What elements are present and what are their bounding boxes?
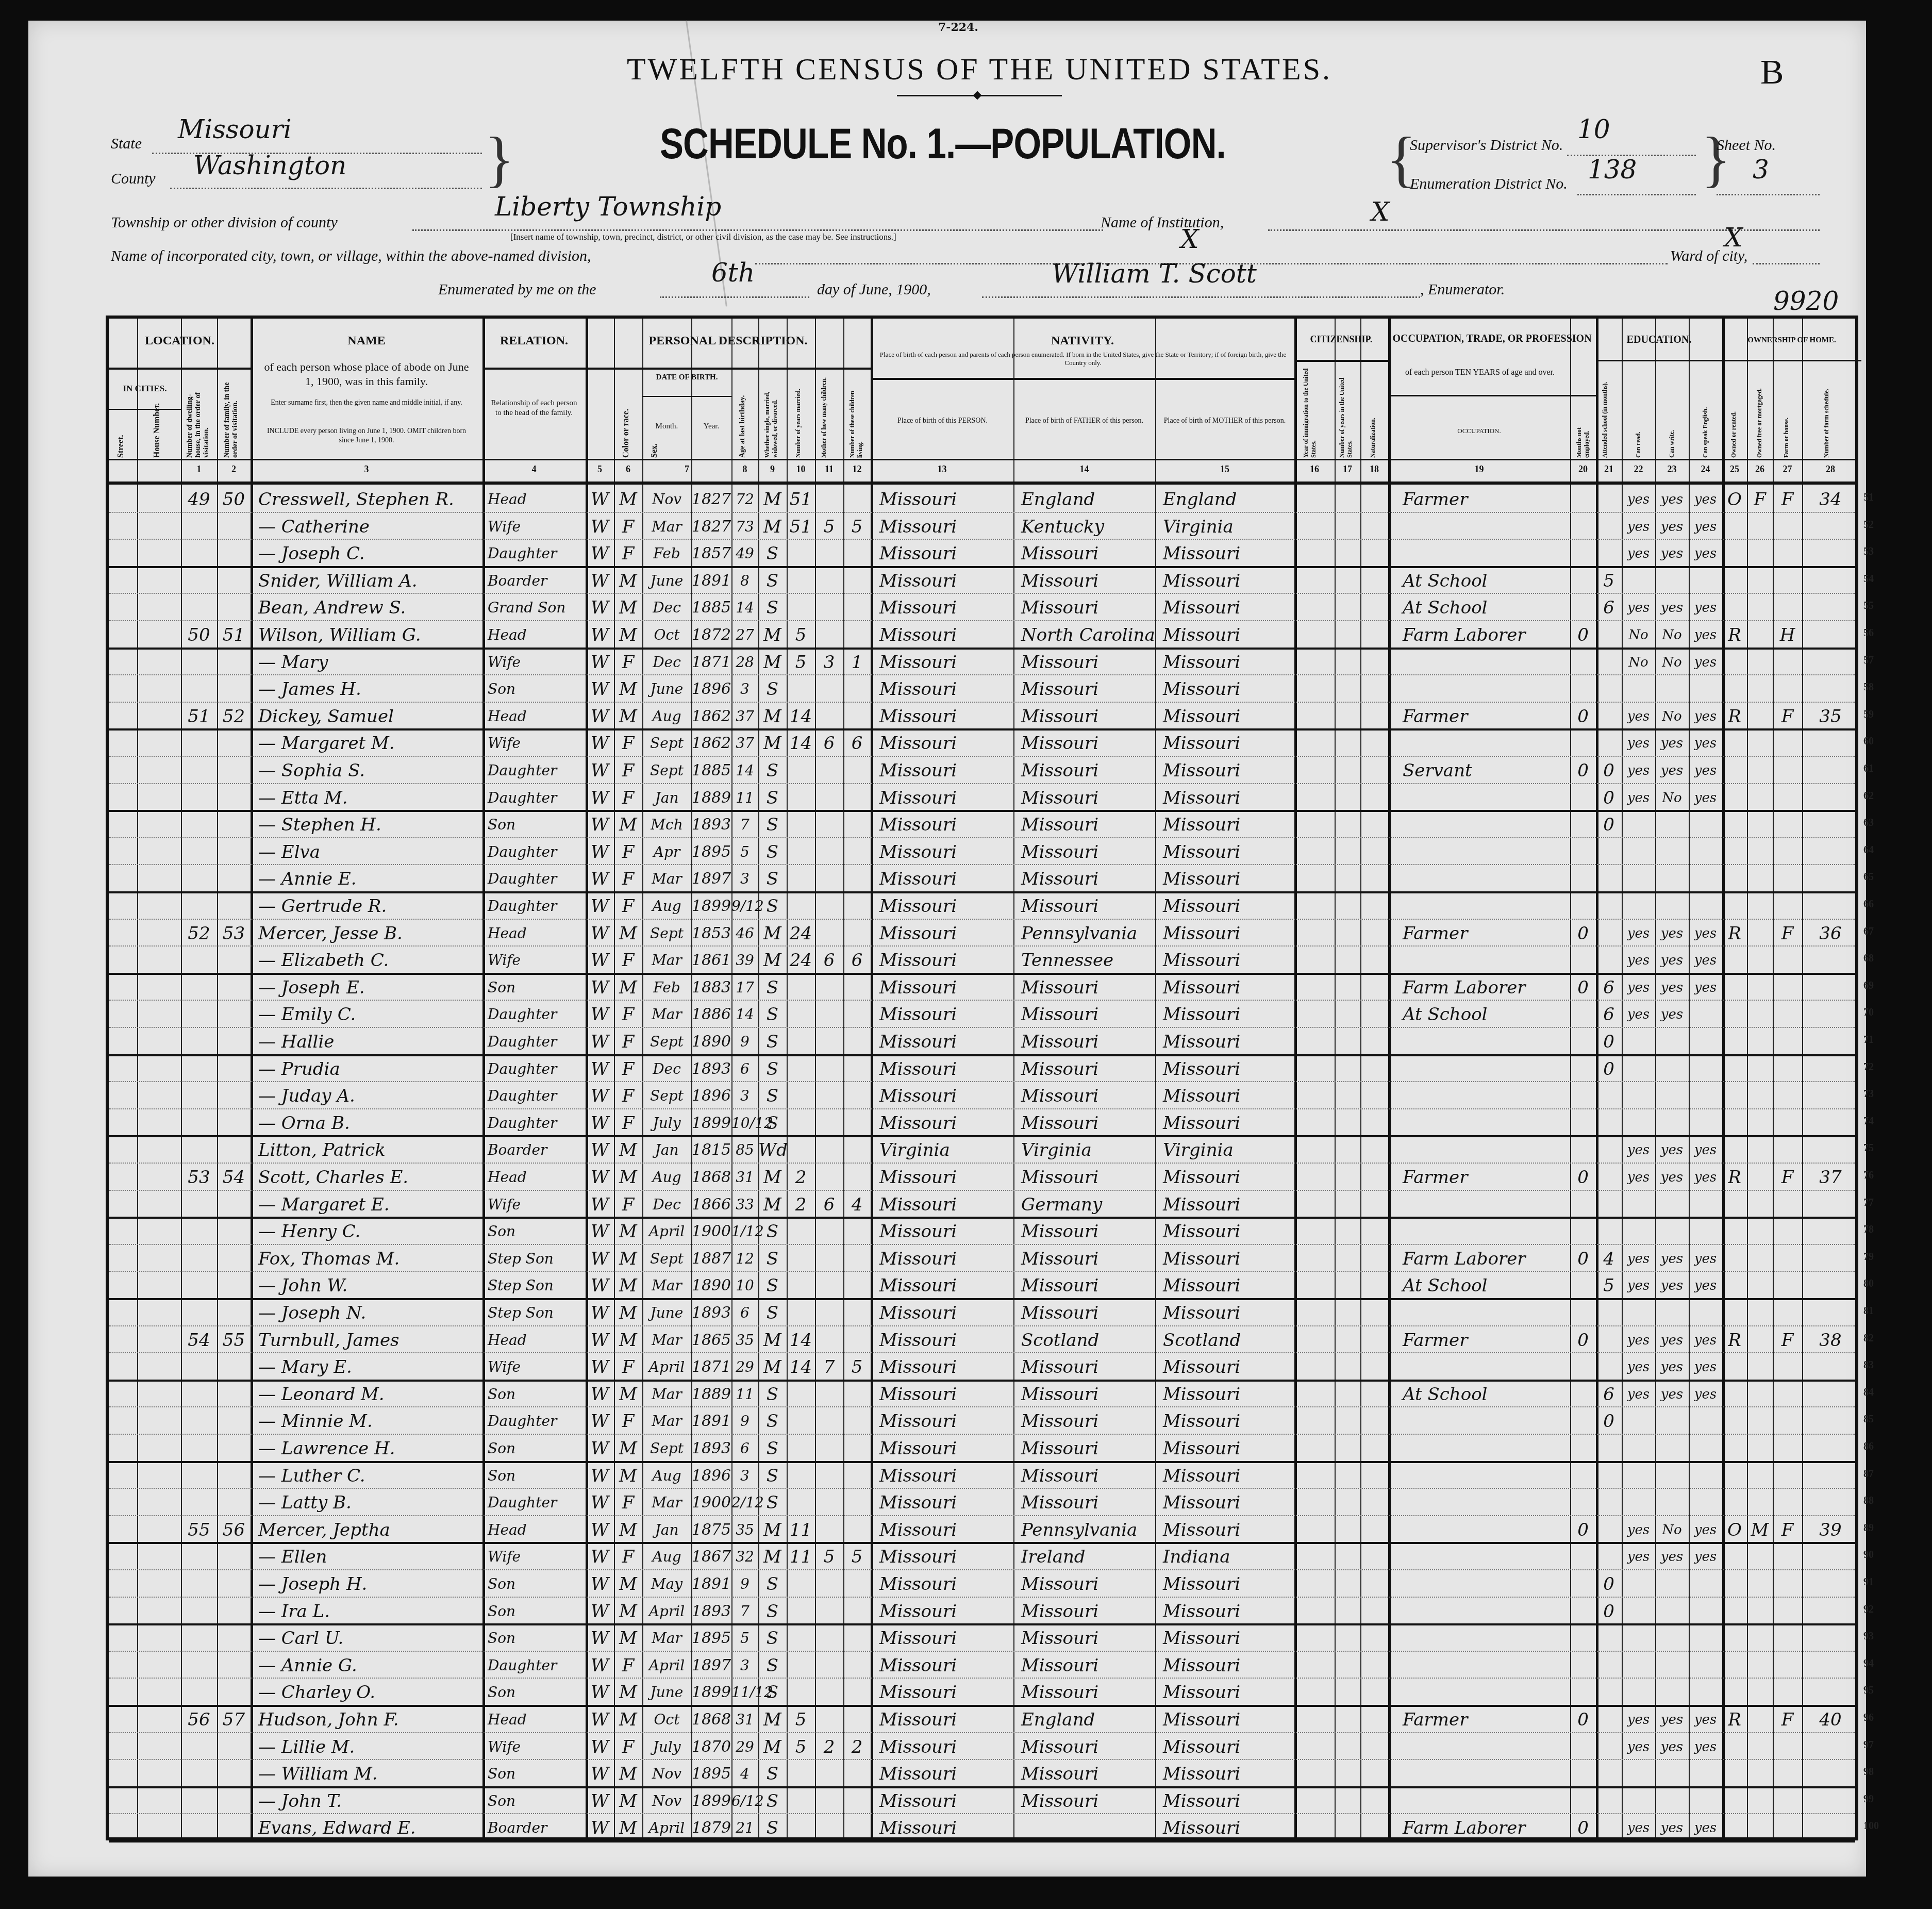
birth-year: 1868 (691, 1163, 731, 1189)
dwelling-number (181, 756, 217, 783)
birth-month: Mar (642, 945, 691, 972)
line-number: 65 (1863, 871, 1894, 883)
birthplace-person: Missouri (879, 1352, 1013, 1379)
birthplace-person: Missouri (879, 919, 1013, 945)
occupation (1403, 1786, 1568, 1813)
months-unemployed (1570, 1488, 1596, 1515)
age: 3 (731, 1081, 758, 1108)
dwelling-number (181, 1651, 217, 1678)
farm-house (1773, 1651, 1802, 1678)
header-months-unemployed: Months not employed. (1575, 401, 1593, 458)
children-living (843, 1271, 871, 1298)
birthplace-father: Missouri (1021, 1597, 1155, 1623)
farm-schedule-number: 39 (1802, 1515, 1859, 1542)
person-name: — James H. (258, 674, 480, 701)
mother-of-children (815, 1271, 843, 1298)
marital-status: S (758, 1434, 787, 1460)
can-speak-english: yes (1689, 1352, 1722, 1379)
colnum-2: 2 (217, 464, 251, 475)
color: W (586, 702, 614, 728)
farm-house (1773, 1108, 1802, 1135)
children-living (843, 1081, 871, 1108)
free-mortgaged (1747, 620, 1773, 647)
occupation: Farmer (1403, 1325, 1568, 1352)
birthplace-father: Pennsylvania (1021, 919, 1155, 945)
marital-status: S (758, 756, 787, 783)
farm-house (1773, 810, 1802, 837)
family-number (217, 756, 251, 783)
header-year: Year. (691, 422, 731, 431)
can-write (1655, 1597, 1689, 1623)
marital-status: S (758, 1027, 787, 1054)
header-sex: Sex. (650, 427, 659, 458)
months-school (1596, 485, 1622, 511)
can-read: yes (1622, 593, 1655, 620)
free-mortgaged (1747, 1190, 1773, 1217)
relation: Son (488, 1569, 583, 1596)
children-living (843, 810, 871, 837)
state-label: State (111, 135, 142, 153)
birth-month: Dec (642, 1054, 691, 1081)
dwelling-number: 56 (181, 1705, 217, 1732)
can-read: yes (1622, 1352, 1655, 1379)
relation: Head (488, 1515, 583, 1542)
can-write: yes (1655, 1163, 1689, 1189)
free-mortgaged (1747, 783, 1773, 810)
months-unemployed (1570, 1678, 1596, 1704)
months-unemployed (1570, 1190, 1596, 1217)
colnum-15: 15 (1155, 464, 1294, 475)
birthplace-mother: Missouri (1163, 674, 1294, 701)
birthplace-father: Missouri (1021, 810, 1155, 837)
can-speak-english (1689, 1678, 1722, 1704)
birth-year: 1897 (691, 864, 731, 891)
colnum-9: 9 (758, 464, 787, 475)
sex: F (614, 1488, 642, 1515)
children-living (843, 1135, 871, 1162)
occupation: Farmer (1403, 485, 1568, 511)
birth-year: 1896 (691, 1081, 731, 1108)
table-row: — William M. Son W M Nov 1895 4 S Missou… (109, 1759, 1855, 1788)
line-number: 53 (1863, 546, 1894, 558)
relation: Daughter (488, 756, 583, 783)
free-mortgaged (1747, 1461, 1773, 1488)
children-living: 5 (843, 1352, 871, 1379)
can-speak-english (1689, 1651, 1722, 1678)
free-mortgaged (1747, 1786, 1773, 1813)
can-speak-english (1689, 674, 1722, 701)
corner-stamp-number: 9920 (1773, 286, 1839, 316)
relation: Daughter (488, 1108, 583, 1135)
can-speak-english: yes (1689, 485, 1722, 511)
table-row: — Margaret E. Wife W F Dec 1866 33 M 2 6… (109, 1190, 1855, 1219)
occupation: Farm Laborer (1403, 620, 1568, 647)
line-number: 87 (1863, 1468, 1894, 1480)
header-free-mortgaged: Owned free or mortgaged. (1756, 368, 1763, 458)
free-mortgaged (1747, 702, 1773, 728)
can-write: yes (1655, 919, 1689, 945)
person-name: Hudson, John F. (258, 1705, 480, 1732)
mother-of-children (815, 1651, 843, 1678)
birthplace-mother: Missouri (1163, 783, 1294, 810)
can-speak-english: yes (1689, 648, 1722, 674)
birthplace-father: Missouri (1021, 1380, 1155, 1406)
line-number: 85 (1863, 1414, 1894, 1425)
owned-rented: R (1722, 1705, 1747, 1732)
table-row: — Lawrence H. Son W M Sept 1893 6 S Miss… (109, 1434, 1855, 1463)
birthplace-mother: Missouri (1163, 1786, 1294, 1813)
children-living: 5 (843, 512, 871, 539)
table-row: — Minnie M. Daughter W F Mar 1891 9 S Mi… (109, 1406, 1855, 1435)
can-write (1655, 1786, 1689, 1813)
owned-rented (1722, 945, 1747, 972)
months-unemployed (1570, 1542, 1596, 1569)
dwelling-number (181, 1027, 217, 1054)
can-write (1655, 1217, 1689, 1243)
can-read (1622, 1488, 1655, 1515)
form-number: 7-224. (938, 21, 978, 34)
can-write (1655, 1569, 1689, 1596)
line-number: 62 (1863, 790, 1894, 802)
colnum-13: 13 (871, 464, 1013, 475)
owned-rented (1722, 593, 1747, 620)
children-living (843, 837, 871, 864)
dwelling-number (181, 728, 217, 755)
children-living (843, 1651, 871, 1678)
months-unemployed (1570, 864, 1596, 891)
birthplace-mother: Missouri (1163, 837, 1294, 864)
years-married (787, 1461, 815, 1488)
birthplace-father: Scotland (1021, 1325, 1155, 1352)
years-married: 14 (787, 702, 815, 728)
birthplace-mother: Missouri (1163, 1271, 1294, 1298)
person-name: — Orna B. (258, 1108, 480, 1135)
children-living (843, 919, 871, 945)
birth-month: April (642, 1217, 691, 1243)
age: 6 (731, 1298, 758, 1325)
sex: M (614, 1678, 642, 1704)
months-unemployed (1570, 1461, 1596, 1488)
person-name: — Hallie (258, 1027, 480, 1054)
marital-status: S (758, 1217, 787, 1243)
marital-status: S (758, 783, 787, 810)
birthplace-mother: Missouri (1163, 1705, 1294, 1732)
occupation (1403, 1406, 1568, 1433)
farm-house: F (1773, 1325, 1802, 1352)
occupation (1403, 1081, 1568, 1108)
township-label: Township or other division of county (111, 214, 338, 231)
person-name: — Margaret M. (258, 728, 480, 755)
family-number (217, 1190, 251, 1217)
birthplace-person: Missouri (879, 620, 1013, 647)
person-name: Mercer, Jeptha (258, 1515, 480, 1542)
line-number: 93 (1863, 1631, 1894, 1642)
farm-schedule-number (1802, 539, 1859, 566)
sex: M (614, 1325, 642, 1352)
mother-of-children: 6 (815, 945, 843, 972)
dwelling-number: 51 (181, 702, 217, 728)
occupation (1403, 1678, 1568, 1704)
mother-of-children (815, 891, 843, 918)
birth-month: Dec (642, 1190, 691, 1217)
farm-house (1773, 1786, 1802, 1813)
months-school: 6 (1596, 1380, 1622, 1406)
birth-month: Mar (642, 1406, 691, 1433)
line-number: 68 (1863, 953, 1894, 965)
header-can-write: Can write. (1668, 406, 1676, 458)
birthplace-mother: Missouri (1163, 702, 1294, 728)
sex: M (614, 702, 642, 728)
brace-close-icon: } (1701, 124, 1731, 195)
birthplace-mother: England (1163, 485, 1294, 511)
can-write: yes (1655, 1271, 1689, 1298)
birthplace-father: Missouri (1021, 566, 1155, 593)
age: 3 (731, 674, 758, 701)
person-name: Evans, Edward E. (258, 1813, 480, 1840)
person-name: — Joseph C. (258, 539, 480, 566)
relation: Son (488, 973, 583, 1000)
family-number: 52 (217, 702, 251, 728)
can-write (1655, 891, 1689, 918)
family-number (217, 837, 251, 864)
free-mortgaged (1747, 1759, 1773, 1786)
months-unemployed (1570, 728, 1596, 755)
can-write (1655, 1678, 1689, 1704)
years-married: 5 (787, 1705, 815, 1732)
header-marital: Whether single, married, widowed, or div… (763, 375, 784, 458)
family-number (217, 1217, 251, 1243)
sex: M (614, 593, 642, 620)
colnum-19: 19 (1388, 464, 1570, 475)
years-married (787, 593, 815, 620)
color: W (586, 945, 614, 972)
birthplace-person: Missouri (879, 1298, 1013, 1325)
owned-rented (1722, 837, 1747, 864)
relation: Daughter (488, 539, 583, 566)
birth-year: 1899 (691, 1786, 731, 1813)
farm-schedule-number (1802, 1217, 1859, 1243)
birthplace-person: Missouri (879, 702, 1013, 728)
person-name: — Etta M. (258, 783, 480, 810)
owned-rented: R (1722, 1325, 1747, 1352)
birthplace-person: Missouri (879, 648, 1013, 674)
months-school (1596, 1705, 1622, 1732)
color: W (586, 783, 614, 810)
header-street: Street. (116, 414, 126, 458)
months-unemployed (1570, 485, 1596, 511)
birthplace-person: Missouri (879, 837, 1013, 864)
farm-schedule-number: 35 (1802, 702, 1859, 728)
family-number (217, 512, 251, 539)
birth-month: June (642, 566, 691, 593)
family-number: 56 (217, 1515, 251, 1542)
can-speak-english (1689, 1569, 1722, 1596)
sheet-dotted-line (1717, 194, 1820, 195)
mother-of-children (815, 919, 843, 945)
person-name: Fox, Thomas M. (258, 1244, 480, 1271)
can-write: yes (1655, 539, 1689, 566)
farm-house: F (1773, 1705, 1802, 1732)
birthplace-mother: Missouri (1163, 620, 1294, 647)
birthplace-person: Missouri (879, 1190, 1013, 1217)
farm-house (1773, 1352, 1802, 1379)
dwelling-number (181, 1597, 217, 1623)
birthplace-mother: Missouri (1163, 1244, 1294, 1271)
line-number: 58 (1863, 682, 1894, 693)
months-school: 0 (1596, 1054, 1622, 1081)
person-name: — Emily C. (258, 1000, 480, 1026)
birthplace-mother: Missouri (1163, 1081, 1294, 1108)
family-number (217, 1298, 251, 1325)
can-read (1622, 1678, 1655, 1704)
header-years-in-us: Number of years in the United States. (1338, 368, 1359, 458)
county-label: County (111, 170, 156, 188)
free-mortgaged (1747, 864, 1773, 891)
can-write: yes (1655, 1000, 1689, 1026)
farm-house (1773, 945, 1802, 972)
line-number: 66 (1863, 899, 1894, 910)
person-name: Wilson, William G. (258, 620, 480, 647)
color: W (586, 1000, 614, 1026)
birthplace-mother: Missouri (1163, 1434, 1294, 1460)
marital-status: M (758, 648, 787, 674)
family-number (217, 593, 251, 620)
age: 4 (731, 1759, 758, 1786)
owned-rented (1722, 1759, 1747, 1786)
months-unemployed (1570, 1623, 1596, 1650)
farm-schedule-number (1802, 1759, 1859, 1786)
birthplace-father: Missouri (1021, 1027, 1155, 1054)
marital-status: M (758, 1705, 787, 1732)
sex: F (614, 756, 642, 783)
mother-of-children (815, 1108, 843, 1135)
months-school: 6 (1596, 593, 1622, 620)
header-farm-house: Farm or house. (1783, 396, 1790, 458)
sex: F (614, 1108, 642, 1135)
sex: M (614, 1163, 642, 1189)
family-number (217, 1488, 251, 1515)
months-unemployed (1570, 648, 1596, 674)
birth-month: Aug (642, 1461, 691, 1488)
table-row: — Joseph H. Son W M May 1891 9 S Missour… (109, 1569, 1855, 1598)
marital-status: S (758, 1786, 787, 1813)
marital-status: S (758, 674, 787, 701)
colnum-22: 22 (1622, 464, 1655, 475)
months-unemployed (1570, 1732, 1596, 1759)
age: 46 (731, 919, 758, 945)
can-speak-english: yes (1689, 973, 1722, 1000)
birth-year: 1899 (691, 1108, 731, 1135)
children-living: 2 (843, 1732, 871, 1759)
months-unemployed (1570, 1000, 1596, 1026)
owned-rented (1722, 1054, 1747, 1081)
person-name: — William M. (258, 1759, 480, 1786)
person-name: — Lillie M. (258, 1732, 480, 1759)
birthplace-mother: Missouri (1163, 864, 1294, 891)
dwelling-number: 55 (181, 1515, 217, 1542)
free-mortgaged (1747, 1352, 1773, 1379)
birth-year: 1893 (691, 1597, 731, 1623)
birth-month: Oct (642, 1705, 691, 1732)
color: W (586, 1542, 614, 1569)
table-row: — Leonard M. Son W M Mar 1889 11 S Misso… (109, 1380, 1855, 1408)
table-row: — Luther C. Son W M Aug 1896 3 S Missour… (109, 1461, 1855, 1489)
months-school (1596, 1813, 1622, 1840)
can-write (1655, 810, 1689, 837)
birth-year: 1885 (691, 593, 731, 620)
farm-schedule-number (1802, 1027, 1859, 1054)
mother-of-children (815, 810, 843, 837)
ward-value: X (1724, 223, 1743, 253)
line-number: 54 (1863, 573, 1894, 585)
can-speak-english (1689, 1081, 1722, 1108)
dwelling-number (181, 512, 217, 539)
colnum-25: 25 (1722, 464, 1747, 475)
line-number: 98 (1863, 1766, 1894, 1778)
line-number: 96 (1863, 1712, 1894, 1724)
line-number: 69 (1863, 980, 1894, 992)
family-number (217, 1786, 251, 1813)
occupation (1403, 1190, 1568, 1217)
relation: Daughter (488, 1406, 583, 1433)
colnum-1: 1 (181, 464, 217, 475)
sex: M (614, 674, 642, 701)
occupation (1403, 945, 1568, 972)
marital-status: M (758, 1732, 787, 1759)
years-married (787, 1623, 815, 1650)
mother-of-children (815, 1597, 843, 1623)
owned-rented (1722, 1461, 1747, 1488)
can-write: yes (1655, 756, 1689, 783)
birthplace-father: Missouri (1021, 864, 1155, 891)
header-name: NAME (251, 334, 482, 348)
years-married (787, 1000, 815, 1026)
can-read: yes (1622, 728, 1655, 755)
can-read: yes (1622, 1000, 1655, 1026)
occupation (1403, 1352, 1568, 1379)
age: 9 (731, 1027, 758, 1054)
line-number: 51 (1863, 492, 1894, 504)
free-mortgaged (1747, 648, 1773, 674)
months-school (1596, 620, 1622, 647)
header-can-read: Can read. (1635, 406, 1642, 458)
birthplace-person: Missouri (879, 810, 1013, 837)
relation: Son (488, 1597, 583, 1623)
birthplace-mother: Missouri (1163, 1190, 1294, 1217)
farm-house (1773, 1217, 1802, 1243)
person-name: — John W. (258, 1271, 480, 1298)
can-read: yes (1622, 1380, 1655, 1406)
mother-of-children (815, 1813, 843, 1840)
birthplace-mother: Missouri (1163, 1515, 1294, 1542)
header-personal-description: PERSONAL DESCRIPTION. (586, 334, 871, 348)
header-name-include: INCLUDE every person living on June 1, 1… (261, 427, 472, 445)
children-living (843, 1759, 871, 1786)
sex: M (614, 1298, 642, 1325)
dwelling-number (181, 593, 217, 620)
relation: Son (488, 1434, 583, 1460)
farm-schedule-number (1802, 1352, 1859, 1379)
farm-house (1773, 1759, 1802, 1786)
line-number: 91 (1863, 1576, 1894, 1588)
farm-house (1773, 1244, 1802, 1271)
state-value: Missouri (178, 114, 292, 144)
years-married: 11 (787, 1515, 815, 1542)
color: W (586, 1461, 614, 1488)
color: W (586, 1217, 614, 1243)
birthplace-father: Missouri (1021, 702, 1155, 728)
birth-year: 1890 (691, 1271, 731, 1298)
